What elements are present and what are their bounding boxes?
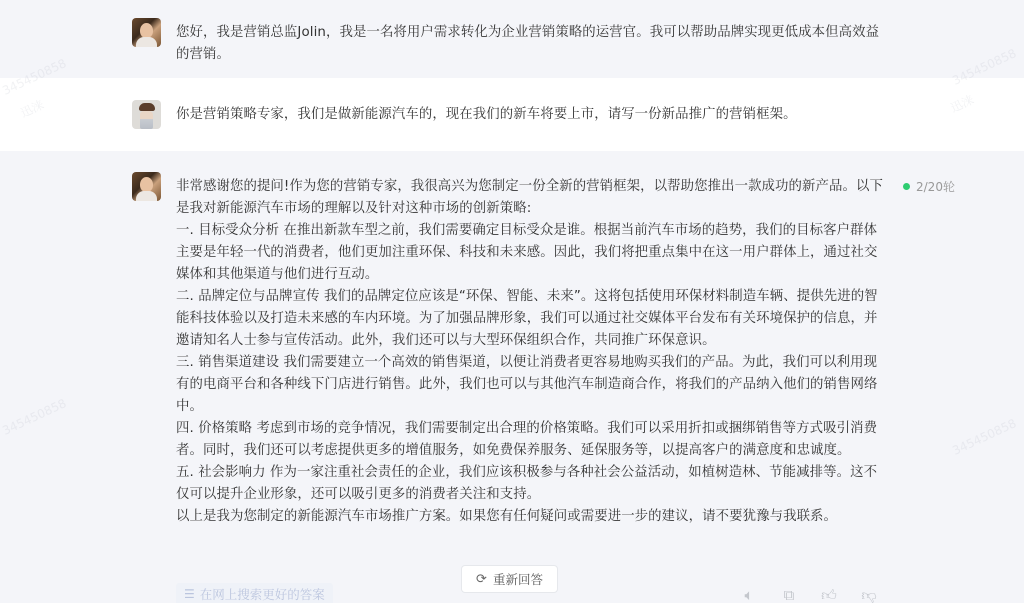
round-counter-badge: 2/20轮 — [903, 178, 955, 195]
answer-section-social: 五. 社会影响力 作为一家注重社会责任的企业，我们应该积极参与各种社会公益活动，… — [176, 462, 888, 506]
search-list-icon: ☰ — [184, 587, 195, 601]
answer-section-channels: 三. 销售渠道建设 我们需要建立一个高效的销售渠道，以便让消费者更容易地购买我们… — [176, 352, 888, 418]
status-dot-icon — [903, 183, 910, 190]
user-avatar — [132, 100, 161, 129]
user-message: 你是营销策略专家，我们是做新能源汽车的，现在我们的新车将要上市，请写一份新品推广… — [176, 104, 888, 126]
bot-answer-message: 非常感谢您的提问!作为您的营销专家，我很高兴为您制定一份全新的营销框架，以帮助您… — [176, 176, 888, 528]
answer-section-brand: 二. 品牌定位与品牌宣传 我们的品牌定位应该是“环保、智能、未来”。这将包括使用… — [176, 286, 888, 352]
speaker-icon[interactable]: 🔈︎ — [740, 586, 758, 603]
answer-conclusion: 以上是我为您制定的新能源汽车市场推广方案。如果您有任何疑问或需要进一步的建议，请… — [176, 506, 888, 528]
regenerate-label: 重新回答 — [493, 570, 543, 588]
thumbs-down-icon[interactable]: 👎︎ — [860, 586, 878, 603]
refresh-icon: ⟳ — [476, 572, 487, 587]
answer-section-pricing: 四. 价格策略 考虑到市场的竞争情况，我们需要制定出合理的价格策略。我们可以采用… — [176, 418, 888, 462]
bot-avatar — [132, 172, 161, 201]
search-web-button[interactable]: ☰ 在网上搜索更好的答案 — [176, 583, 333, 603]
answer-intro: 非常感谢您的提问!作为您的营销专家，我很高兴为您制定一份全新的营销框架，以帮助您… — [176, 176, 888, 220]
copy-icon[interactable]: ⧉ — [780, 586, 798, 603]
bot-avatar — [132, 18, 161, 47]
answer-section-audience: 一. 目标受众分析 在推出新款车型之前，我们需要确定目标受众是谁。根据当前汽车市… — [176, 220, 888, 286]
chat-page: 345450858 迅涞 345450858 迅涞 345450858 3454… — [0, 0, 1024, 603]
search-web-label: 在网上搜索更好的答案 — [200, 585, 325, 603]
thumbs-up-icon[interactable]: 👍︎ — [820, 586, 838, 603]
message-text: 您好，我是营销总监Jolin，我是一名将用户需求转化为企业营销策略的运营官。我可… — [176, 22, 888, 66]
message-text: 你是营销策略专家，我们是做新能源汽车的，现在我们的新车将要上市，请写一份新品推广… — [176, 104, 888, 126]
round-counter-text: 2/20轮 — [916, 178, 955, 195]
answer-action-bar: 🔈︎ ⧉ 👍︎ 👎︎ — [740, 586, 878, 603]
regenerate-button[interactable]: ⟳ 重新回答 — [461, 565, 558, 593]
bot-greeting-message: 您好，我是营销总监Jolin，我是一名将用户需求转化为企业营销策略的运营官。我可… — [176, 22, 888, 66]
